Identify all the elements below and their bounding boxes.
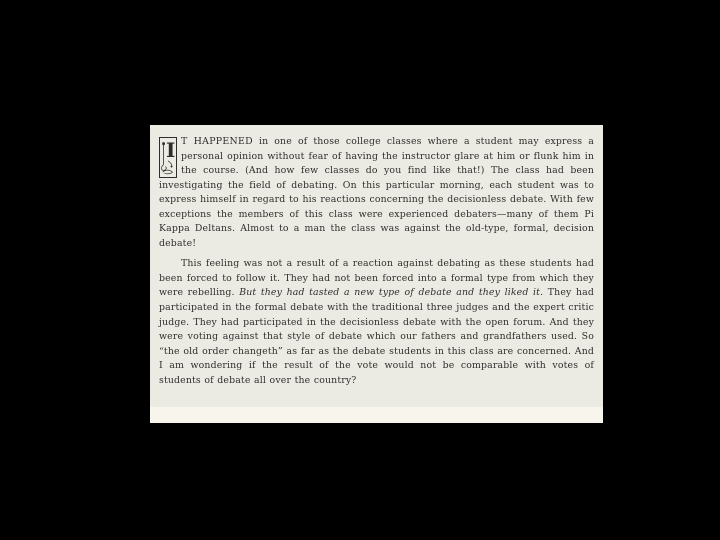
dropcap-letter: I [166,139,176,161]
paragraph-1-text: in one of those college classes where a … [159,136,594,249]
lead-caps: T HAPPENED [181,136,253,147]
paragraph-2-text-after: They had participated in the formal deba… [159,287,594,385]
paragraph-2: This feeling was not a result of a react… [159,257,594,388]
ornamental-initial-icon: I [159,137,177,178]
scanned-page: I T HAPPENED in one of those college cla… [150,125,603,423]
paragraph-1: I T HAPPENED in one of those college cla… [159,135,594,251]
page-bottom-margin [150,407,603,423]
paragraph-2-italic: But they had tasted a new type of debate… [239,287,543,298]
